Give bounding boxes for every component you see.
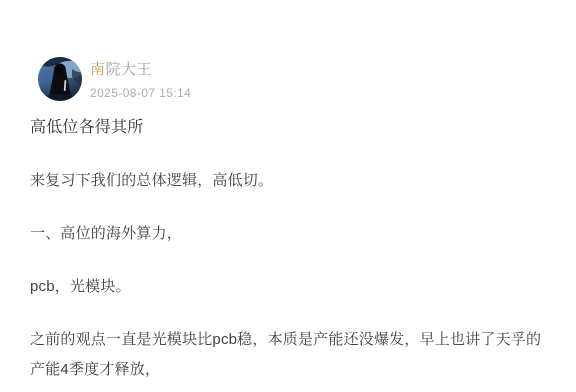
post-paragraph: 来复习下我们的总体逻辑，高低切。 (30, 166, 544, 196)
post-header: 南院大王 2025-08-07 15:14 (38, 57, 546, 101)
post-title: 高低位各得其所 (30, 113, 544, 143)
author-name[interactable]: 南院大王 (90, 61, 191, 78)
post-body: 高低位各得其所 来复习下我们的总体逻辑，高低切。 一、高位的海外算力， pcb，… (30, 113, 544, 385)
hooded-figure-avatar-icon (38, 57, 82, 101)
post-page: 南院大王 2025-08-07 15:14 高低位各得其所 来复习下我们的总体逻… (0, 0, 576, 392)
avatar[interactable] (38, 57, 82, 101)
author-meta: 南院大王 2025-08-07 15:14 (90, 57, 191, 100)
post-paragraph: 之前的观点一直是光模块比pcb稳，本质是产能还没爆发，早上也讲了天孚的产能4季度… (30, 325, 544, 385)
post-timestamp: 2025-08-07 15:14 (90, 87, 191, 100)
post-paragraph: 一、高位的海外算力， (30, 219, 544, 249)
post-paragraph: pcb，光模块。 (30, 272, 544, 302)
